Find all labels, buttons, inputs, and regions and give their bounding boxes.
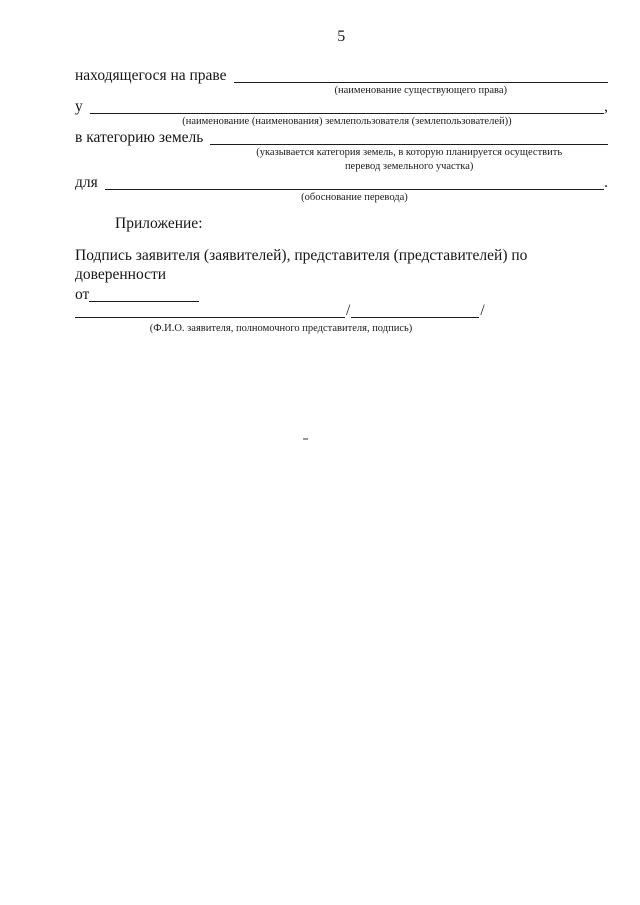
field-caption-line-1: (указывается категория земель, в которую… bbox=[210, 145, 608, 159]
scan-artifact-speck bbox=[303, 438, 308, 440]
signature-block: / / (Ф.И.О. заявителя, полномочного пред… bbox=[75, 301, 487, 335]
attachment-heading: Приложение: bbox=[75, 214, 608, 233]
field-label: находящегося на праве bbox=[75, 66, 234, 85]
field-caption: (обоснование перевода) bbox=[105, 190, 604, 204]
field-fill: (наименование (наименования) землепользо… bbox=[90, 97, 604, 128]
blank-underline bbox=[234, 66, 608, 83]
field-fill: (обоснование перевода) bbox=[105, 173, 604, 204]
signature-paragraph: Подпись заявителя (заявителей), представ… bbox=[75, 246, 608, 284]
blank-underline bbox=[90, 97, 604, 114]
form-row-land-category: в категорию земель (указывается категори… bbox=[75, 128, 608, 173]
field-caption: (наименование (наименования) землепользо… bbox=[90, 114, 604, 128]
blank-underline bbox=[105, 173, 604, 190]
field-label: у bbox=[75, 97, 90, 116]
field-label: для bbox=[75, 173, 105, 192]
signature-separator: / bbox=[479, 301, 485, 320]
blank-underline bbox=[210, 128, 608, 145]
signature-name-underline bbox=[75, 301, 345, 318]
form-row-existing-right: находящегося на праве (наименование суще… bbox=[75, 66, 608, 97]
trailing-punctuation: , bbox=[604, 97, 608, 116]
trailing-punctuation: . bbox=[604, 173, 608, 192]
document-content: 5 находящегося на праве (наименование су… bbox=[75, 28, 608, 335]
field-caption: (наименование существующего права) bbox=[234, 83, 608, 97]
field-label: в категорию земель bbox=[75, 128, 210, 147]
field-fill: (указывается категория земель, в которую… bbox=[210, 128, 608, 173]
blank-underline bbox=[89, 285, 199, 302]
form-row-land-user: у (наименование (наименования) землеполь… bbox=[75, 97, 608, 128]
signature-sign-underline bbox=[351, 301, 479, 318]
signature-caption: (Ф.И.О. заявителя, полномочного представ… bbox=[75, 320, 487, 335]
field-caption-line-2: перевод земельного участка) bbox=[210, 159, 608, 173]
signature-line-row: / / bbox=[75, 301, 487, 320]
document-page: 5 находящегося на праве (наименование су… bbox=[0, 0, 640, 905]
field-fill: (наименование существующего права) bbox=[234, 66, 608, 97]
form-row-justification: для (обоснование перевода) . bbox=[75, 173, 608, 204]
page-number: 5 bbox=[75, 28, 608, 46]
